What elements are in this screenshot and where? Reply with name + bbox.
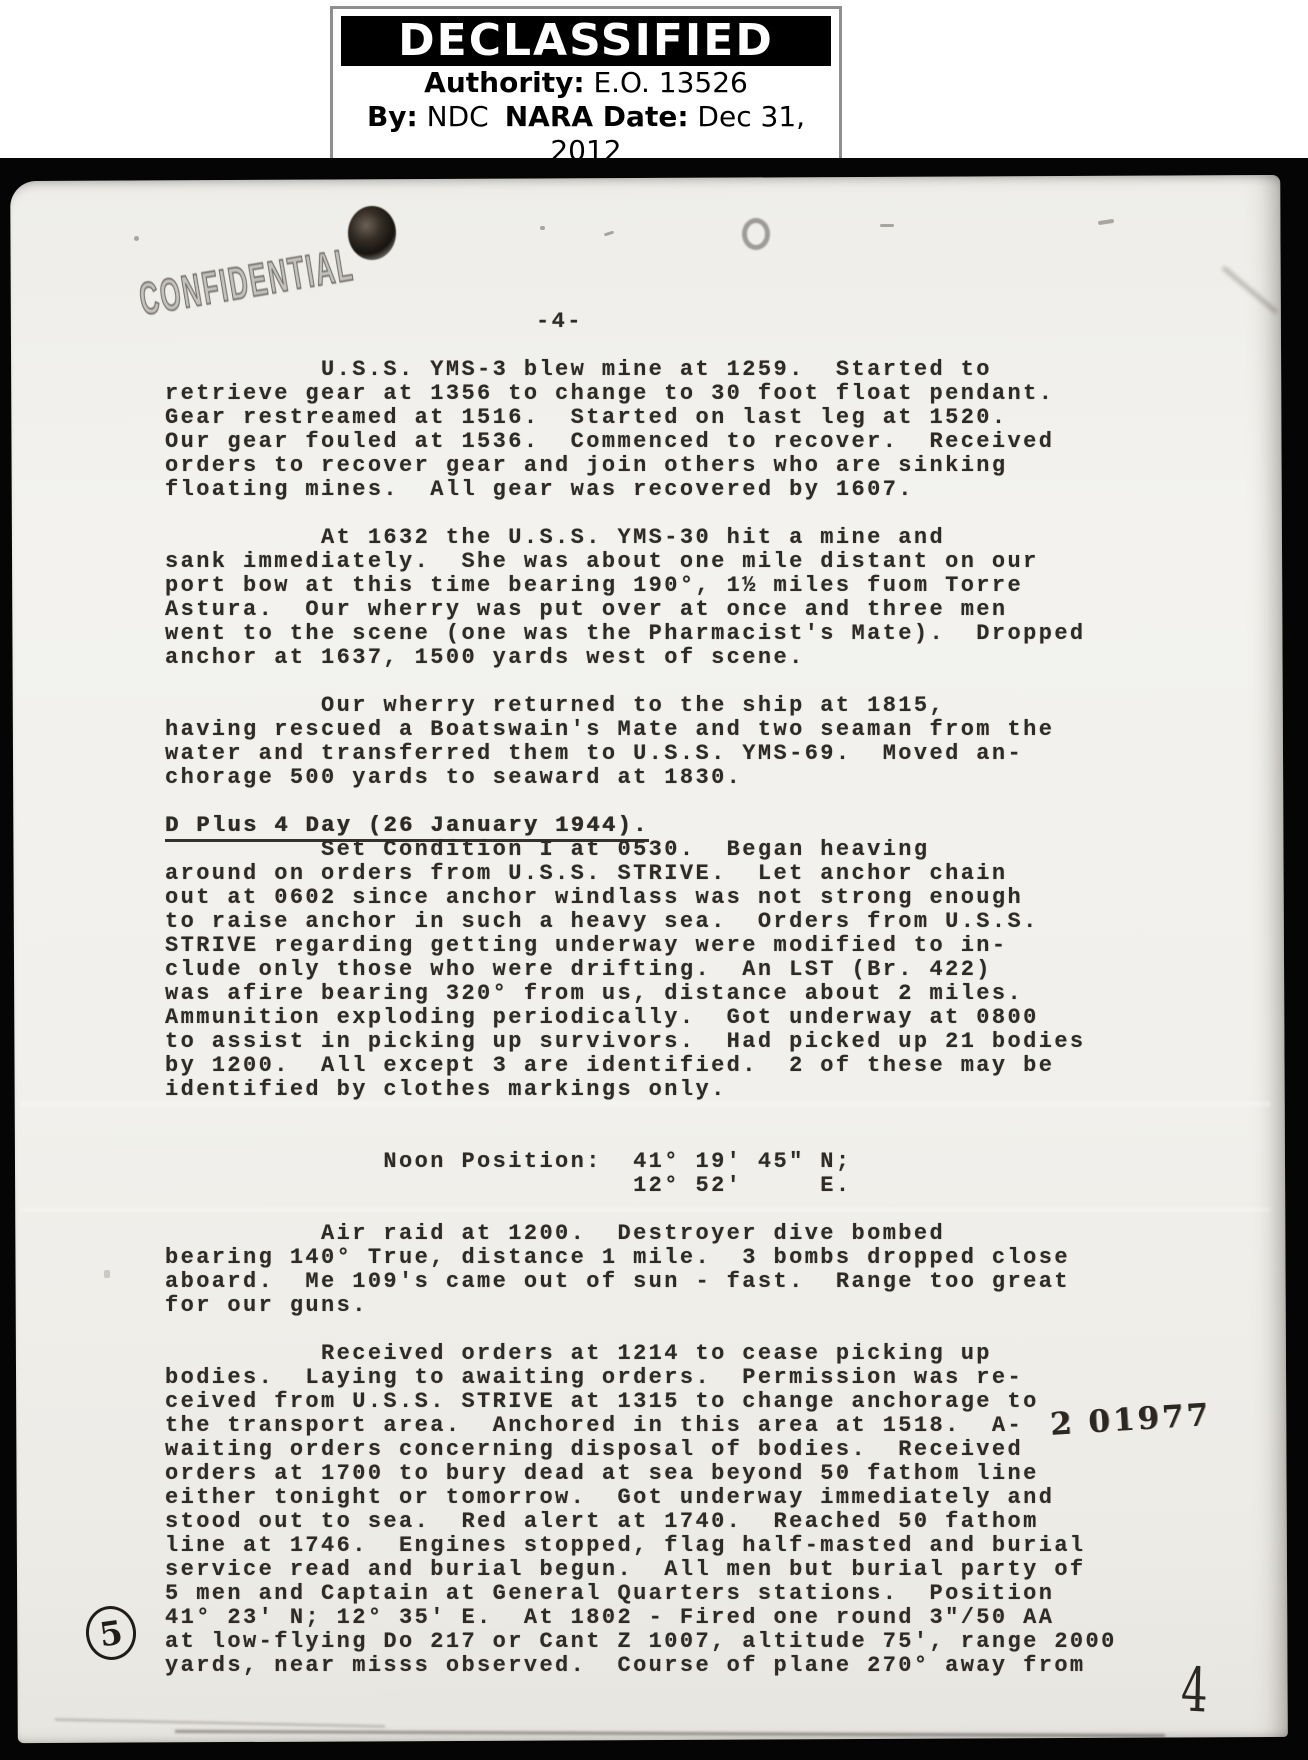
typed-line: 41° 23' N; 12° 35' E. At 1802 - Fired on…	[165, 1606, 1117, 1630]
typed-line: chorage 500 yards to seaward at 1830.	[165, 766, 1117, 790]
scan-speck	[540, 226, 545, 230]
scan-smudge	[55, 1719, 385, 1728]
scan-smudge	[175, 1730, 1165, 1737]
typed-line: waiting orders concerning disposal of bo…	[165, 1438, 1117, 1462]
typed-line: Ammunition exploding periodically. Got u…	[165, 1006, 1117, 1030]
typed-line: orders at 1700 to bury dead at sea beyon…	[165, 1462, 1117, 1486]
typed-line: At 1632 the U.S.S. YMS-30 hit a mine and	[165, 526, 1117, 550]
typed-line	[165, 1126, 1117, 1150]
typed-line: by 1200. All except 3 are identified. 2 …	[165, 1054, 1117, 1078]
typed-line: aboard. Me 109's came out of sun - fast.…	[165, 1270, 1117, 1294]
scan-speck	[1098, 219, 1114, 225]
scan-speck	[604, 231, 614, 237]
typed-line: identified by clothes markings only.	[165, 1078, 1117, 1102]
typed-line: went to the scene (one was the Pharmacis…	[165, 622, 1117, 646]
typed-line: Astura. Our wherry was put over at once …	[165, 598, 1117, 622]
typed-line: Our gear fouled at 1536. Commenced to re…	[165, 430, 1117, 454]
page-content: CONFIDENTIAL -4- U.S.S. YMS-3 blew mine …	[0, 0, 1308, 1760]
hole-punch-ring	[742, 218, 770, 250]
typed-line: service read and burial begun. All men b…	[165, 1558, 1117, 1582]
typed-line: sank immediately. She was about one mile…	[165, 550, 1117, 574]
typed-line: U.S.S. YMS-3 blew mine at 1259. Started …	[165, 358, 1117, 382]
typed-line: stood out to sea. Red alert at 1740. Rea…	[165, 1510, 1117, 1534]
typed-line: to assist in picking up survivors. Had p…	[165, 1030, 1117, 1054]
typed-line: Set Condition I at 0530. Began heaving	[165, 838, 1117, 862]
typed-line: floating mines. All gear was recovered b…	[165, 478, 1117, 502]
typed-line-heading: D Plus 4 Day (26 January 1944).	[165, 814, 1117, 838]
typed-line: bearing 140° True, distance 1 mile. 3 bo…	[165, 1246, 1117, 1270]
typed-line: Our wherry returned to the ship at 1815,	[165, 694, 1117, 718]
typed-line	[165, 1198, 1117, 1222]
typed-line: around on orders from U.S.S. STRIVE. Let…	[165, 862, 1117, 886]
typed-line: 5 men and Captain at General Quarters st…	[165, 1582, 1117, 1606]
typed-line	[165, 502, 1117, 526]
handwritten-page-number: 4	[1180, 1654, 1208, 1727]
typed-line: was afire bearing 320° from us, distance…	[165, 982, 1117, 1006]
typed-line: having rescued a Boatswain's Mate and tw…	[165, 718, 1117, 742]
hole-punch-filled	[348, 206, 396, 260]
typed-line: retrieve gear at 1356 to change to 30 fo…	[165, 382, 1117, 406]
typed-line: water and transferred them to U.S.S. YMS…	[165, 742, 1117, 766]
typed-line: to raise anchor in such a heavy sea. Ord…	[165, 910, 1117, 934]
typed-line: line at 1746. Engines stopped, flag half…	[165, 1534, 1117, 1558]
typed-line: either tonight or tomorrow. Got underway…	[165, 1486, 1117, 1510]
typed-line: out at 0602 since anchor windlass was no…	[165, 886, 1117, 910]
scan-corner-shadow	[1222, 266, 1278, 314]
scan-background: CONFIDENTIAL -4- U.S.S. YMS-3 blew mine …	[0, 158, 1308, 1760]
typed-line: Gear restreamed at 1516. Started on last…	[165, 406, 1117, 430]
typed-line: 12° 52' E.	[165, 1174, 1117, 1198]
typed-line: for our guns.	[165, 1294, 1117, 1318]
typed-line: clude only those who were drifting. An L…	[165, 958, 1117, 982]
scan-speck	[104, 1270, 110, 1278]
typed-line: the transport area. Anchored in this are…	[165, 1414, 1117, 1438]
typed-line: yards, near misss observed. Course of pl…	[165, 1654, 1117, 1678]
typed-line: at low-flying Do 217 or Cant Z 1007, alt…	[165, 1630, 1117, 1654]
typed-line: STRIVE regarding getting underway were m…	[165, 934, 1117, 958]
margin-circled-number: 5	[82, 1603, 139, 1663]
typed-line	[165, 790, 1117, 814]
typed-line	[165, 1102, 1117, 1126]
typed-text-block: U.S.S. YMS-3 blew mine at 1259. Started …	[165, 358, 1117, 1678]
scan-speck	[880, 224, 894, 227]
typed-line: Received orders at 1214 to cease picking…	[165, 1342, 1117, 1366]
typed-line: ceived from U.S.S. STRIVE at 1315 to cha…	[165, 1390, 1117, 1414]
typed-line: Air raid at 1200. Destroyer dive bombed	[165, 1222, 1117, 1246]
typed-line: orders to recover gear and join others w…	[165, 454, 1117, 478]
typed-line	[165, 670, 1117, 694]
page-number: -4-	[536, 310, 583, 334]
confidential-stamp: CONFIDENTIAL	[136, 239, 358, 326]
typed-line: Noon Position: 41° 19' 45" N;	[165, 1150, 1117, 1174]
margin-circled-number-value: 5	[97, 1612, 125, 1654]
typed-line	[165, 1318, 1117, 1342]
typed-line: port bow at this time bearing 190°, 1½ m…	[165, 574, 1117, 598]
scan-speck	[134, 236, 139, 241]
typed-line: anchor at 1637, 1500 yards west of scene…	[165, 646, 1117, 670]
typed-line: bodies. Laying to awaiting orders. Permi…	[165, 1366, 1117, 1390]
